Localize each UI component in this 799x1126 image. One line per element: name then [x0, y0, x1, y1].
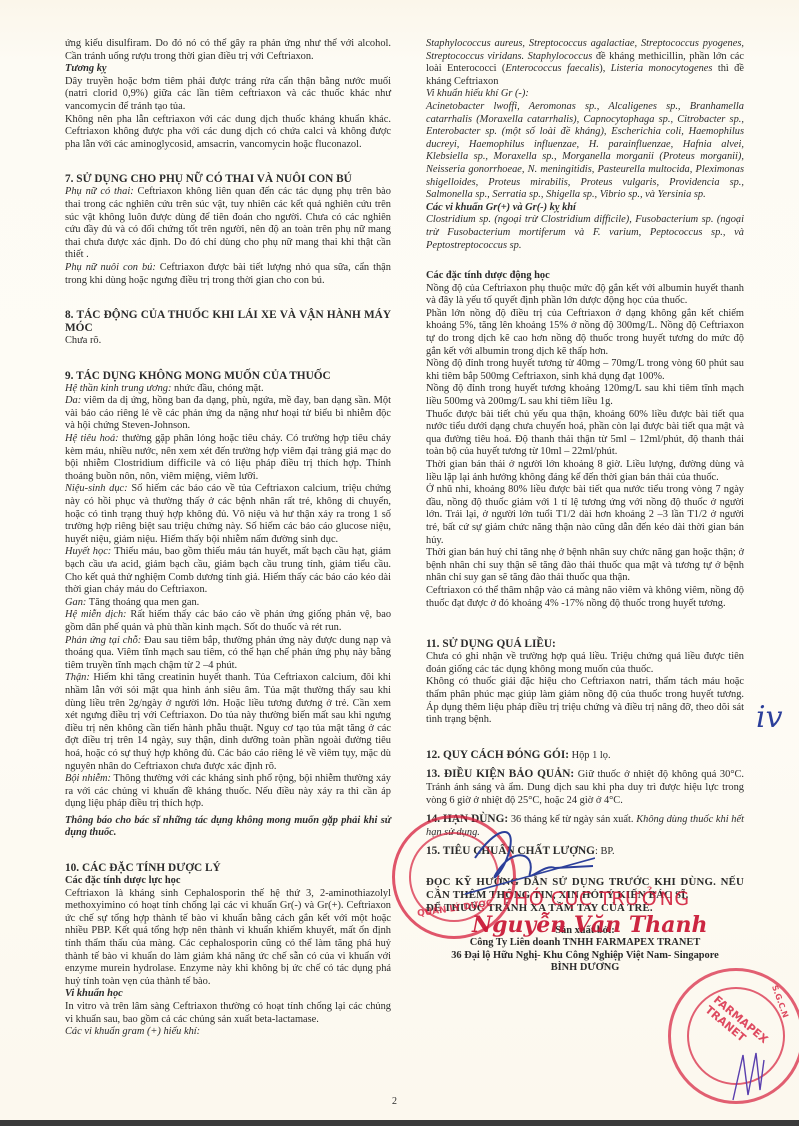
gram-positive-text: Staphylococcus aureus, Streptococcus aga… — [426, 38, 744, 88]
section-12-heading: 12. QUY CÁCH ĐÓNG GÓI: — [426, 749, 569, 761]
section-12-text: Hộp 1 lọ. — [569, 750, 611, 761]
adverse-effect-text: viêm da dị ứng, hồng ban đa dạng, phù, n… — [65, 395, 391, 431]
adverse-effect-item: Da: viêm da dị ứng, hồng ban đa dạng, ph… — [65, 395, 391, 433]
pregnant-text: Ceftriaxon không liên quan đến các tác d… — [65, 186, 391, 260]
section-13: 13. ĐIỀU KIỆN BẢO QUẢN: Giữ thuốc ở nhiệ… — [426, 768, 744, 807]
adverse-effect-text: nhức đầu, chóng mặt. — [171, 383, 263, 394]
anaerobe-text: Clostridium sp. (ngoại trừ Clostridium d… — [426, 214, 744, 252]
section-11-heading: 11. SỬ DỤNG QUÁ LIỀU: — [426, 638, 744, 651]
adverse-effect-item: Hệ thần kinh trung ương: nhức đầu, chóng… — [65, 383, 391, 396]
section-9-warning: Thông báo cho bác sĩ những tác dụng khôn… — [65, 815, 391, 840]
anaerobe-heading: Các vi khuẩn Gr(+) và Gr(-) kỵ khí — [426, 202, 744, 215]
manufacturer-province: BÌNH DƯƠNG — [426, 962, 744, 975]
pharmacodynamics-heading: Các đặc tính dược lực học — [65, 875, 391, 888]
section-14-heading: 14. HẠN DÙNG: — [426, 813, 508, 825]
pharmacodynamics-text: Ceftriaxon là kháng sinh Cephalosporin t… — [65, 888, 391, 989]
microbiology-heading: Vi khuẩn học — [65, 988, 391, 1001]
adverse-effect-label: Da: — [65, 395, 81, 406]
pharmacokinetics-paragraphs: Nồng độ của Ceftriaxon phụ thuộc mức độ … — [426, 283, 744, 610]
adverse-effect-item: Bội nhiễm: Thông thường với các kháng si… — [65, 773, 391, 811]
section-15-heading: 15. TIÊU CHUẨN CHẤT LƯỢNG — [426, 845, 595, 857]
section-11-text-2: Không có thuốc giải đặc hiệu cho Ceftria… — [426, 676, 744, 726]
section-9-heading: 9. TÁC DỤNG KHÔNG MONG MUỐN CỦA THUỐC — [65, 370, 391, 383]
section-8-text: Chưa rõ. — [65, 335, 391, 348]
adverse-effect-text: Hiếm khi tăng creatinin huyết thanh. Tủa… — [65, 672, 391, 771]
pregnant-label: Phụ nữ có thai: — [65, 186, 134, 197]
gram-negative-text: Acinetobacter lwoffi, Aeromonas sp., Alc… — [426, 101, 744, 202]
handwritten-mark: ⅳ — [756, 700, 783, 735]
official-name: Nguyễn Văn Thanh — [472, 912, 708, 938]
manufacturer-address: 36 Đại lộ Hữu Nghị- Khu Công Nghiệp Việt… — [426, 950, 744, 963]
tuong-ky-paragraph-1: Dây truyền hoặc bơm tiêm phải được tráng… — [65, 76, 391, 114]
right-column: Staphylococcus aureus, Streptococcus aga… — [426, 38, 744, 975]
section-12: 12. QUY CÁCH ĐÓNG GÓI: Hộp 1 lọ. — [426, 749, 744, 762]
left-column: ứng kiểu disulfiram. Do đó nó có thể gây… — [65, 38, 391, 1039]
official-title: PHÓ CỤC TRƯỞNG — [502, 888, 690, 910]
section-7-heading: 7. SỬ DỤNG CHO PHỤ NỮ CÓ THAI VÀ NUÔI CO… — [65, 173, 391, 186]
section-8-heading: 8. TÁC ĐỘNG CỦA THUỐC KHI LÁI XE VÀ VẬN … — [65, 309, 391, 335]
manufacturer-company: Công Ty Liên doanh TNHH FARMAPEX TRANET — [426, 937, 744, 950]
pharmacokinetics-paragraph: Ceftriaxon có thể thâm nhập vào cả màng … — [426, 585, 744, 610]
document-page: ứng kiểu disulfiram. Do đó nó có thể gây… — [0, 0, 799, 1126]
tuong-ky-heading: Tương kỵ — [65, 63, 391, 76]
intro-text: ứng kiểu disulfiram. Do đó nó có thể gây… — [65, 38, 391, 63]
pharmacokinetics-paragraph: Phần lớn nồng độ điều trị của Ceftriaxon… — [426, 308, 744, 358]
adverse-effect-label: Gan: — [65, 597, 86, 608]
scan-edge — [0, 1120, 799, 1126]
adverse-effect-item: Gan: Tăng thoáng qua men gan. — [65, 597, 391, 610]
adverse-effect-item: Hệ tiêu hoá: thường gặp phân lỏng hoặc t… — [65, 433, 391, 483]
pharmacokinetics-paragraph: Nồng độ đỉnh trong huyết tương từ 40mg –… — [426, 358, 744, 383]
adverse-effect-item: Thận: Hiếm khi tăng creatinin huyết than… — [65, 672, 391, 773]
nursing-label: Phụ nữ nuôi con bú: — [65, 262, 156, 273]
microbiology-text: In vitro và trên lâm sàng Ceftriaxon thư… — [65, 1001, 391, 1026]
tuong-ky-paragraph-2: Không nên pha lẫn ceftriaxon với các dun… — [65, 114, 391, 152]
adverse-effects-list: Hệ thần kinh trung ương: nhức đầu, chóng… — [65, 383, 391, 811]
adverse-effect-label: Hệ tiêu hoá: — [65, 433, 119, 444]
pharmacokinetics-paragraph: Nồng độ đỉnh trong huyết tương khoảng 12… — [426, 383, 744, 408]
section-15: 15. TIÊU CHUẨN CHẤT LƯỢNG: BP. — [426, 845, 744, 858]
pharmacokinetics-paragraph: Nồng độ của Ceftriaxon phụ thuộc mức độ … — [426, 283, 744, 308]
adverse-effect-label: Huyết học: — [65, 546, 111, 557]
gram-positive-heading: Các vi khuẩn gram (+) hiếu khí: — [65, 1026, 391, 1039]
adverse-effect-text: Thiếu máu, bao gồm thiếu máu tán huyết, … — [65, 546, 391, 595]
section-10-heading: 10. CÁC ĐẶC TÍNH DƯỢC LÝ — [65, 862, 391, 875]
pharmacokinetics-paragraph: Thuốc được bài tiết chủ yếu qua thận, kh… — [426, 409, 744, 459]
section-13-heading: 13. ĐIỀU KIỆN BẢO QUẢN: — [426, 768, 574, 780]
company-signature-icon — [728, 1045, 768, 1105]
adverse-effect-text: Tăng thoáng qua men gan. — [86, 597, 199, 608]
adverse-effect-item: Huyết học: Thiếu máu, bao gồm thiếu máu … — [65, 546, 391, 596]
adverse-effect-label: Niệu-sinh dục: — [65, 483, 128, 494]
adverse-effect-label: Hệ thần kinh trung ương: — [65, 383, 171, 394]
listeria-name: Listeria monocytogenes — [611, 63, 713, 74]
page-number: 2 — [392, 1096, 397, 1107]
adverse-effect-label: Hệ miễn dịch: — [65, 609, 127, 620]
section-7-nursing: Phụ nữ nuôi con bú: Ceftriaxon được bài … — [65, 262, 391, 287]
company-stamp: FARMAPEX TRANET S.G.C.N — [668, 968, 799, 1104]
company-stamp-text: FARMAPEX TRANET — [703, 993, 798, 1078]
adverse-effect-text: Thông thường với các kháng sinh phổ rộng… — [65, 773, 391, 809]
separator: ), — [599, 63, 610, 74]
section-14-text: 36 tháng kể từ ngày sản xuất. — [508, 814, 636, 825]
adverse-effect-item: Hệ miễn dịch: Rất hiếm thấy các báo cáo … — [65, 609, 391, 634]
adverse-effect-item: Niệu-sinh dục: Số hiếm các báo cáo về tủ… — [65, 483, 391, 546]
pharmacokinetics-paragraph: Ở nhũ nhi, khoảng 80% liều được bài tiết… — [426, 484, 744, 547]
section-7-pregnant: Phụ nữ có thai: Ceftriaxon không liên qu… — [65, 186, 391, 262]
adverse-effect-label: Bội nhiễm: — [65, 773, 111, 784]
pharmacokinetics-paragraph: Thời gian bán thải ở người lớn khoảng 8 … — [426, 459, 744, 484]
company-stamp-ring: S.G.C.N — [770, 984, 790, 1019]
pharmacokinetics-heading: Các đặc tính dược động học — [426, 270, 744, 283]
adverse-effect-item: Phản ứng tại chỗ: Đau sau tiêm bắp, thườ… — [65, 635, 391, 673]
section-15-text: : BP. — [595, 846, 615, 857]
adverse-effect-label: Phản ứng tại chỗ: — [65, 635, 141, 646]
section-14: 14. HẠN DÙNG: 36 tháng kể từ ngày sản xu… — [426, 813, 744, 839]
adverse-effect-label: Thận: — [65, 672, 90, 683]
section-11-text: Chưa có ghi nhận về trường hợp quá liều.… — [426, 651, 744, 676]
gram-negative-heading: Vi khuẩn hiếu khí Gr (-): — [426, 88, 744, 101]
pharmacokinetics-paragraph: Thời gian bán huỷ chỉ tăng nhẹ ở bệnh nh… — [426, 547, 744, 585]
enterococcus-name: Enterococcus faecalis — [505, 63, 599, 74]
